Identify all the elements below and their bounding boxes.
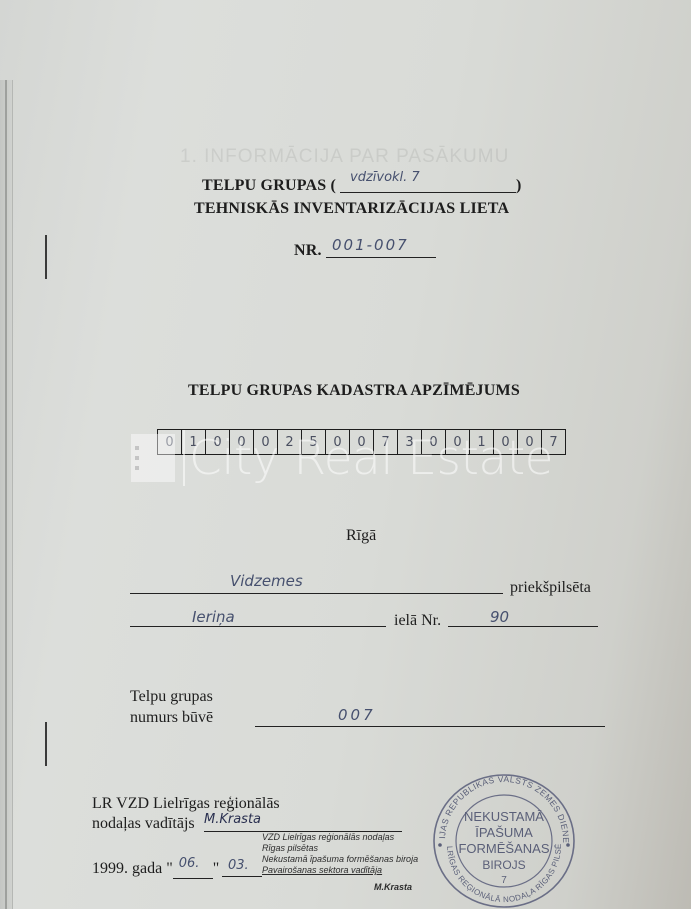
- header-line1: TELPU GRUPAS (: [202, 177, 336, 195]
- svg-text:FORMĒŠANAS: FORMĒŠANAS: [458, 841, 549, 856]
- district-label: priekšpilsēta: [510, 579, 591, 597]
- date-line: 1999. gada "06. ": [92, 860, 219, 879]
- unit-number-handwritten: 007: [338, 706, 376, 724]
- header-handwritten-type: vdzīvokl. 7: [350, 170, 420, 185]
- signatory-line1: LR VZD Lielrīgas reģionālās: [92, 795, 280, 813]
- city-label: Rīgā: [346, 527, 376, 545]
- header-line1-label: TELPU GRUPAS (: [202, 177, 336, 194]
- show-through-heading: 1. INFORMĀCIJA PAR PASĀKUMU: [180, 146, 509, 168]
- svg-text:NEKUSTAMĀ: NEKUSTAMĀ: [464, 809, 544, 824]
- unit-label-line2: numurs būvē: [130, 709, 213, 727]
- watermark: City Real Estate: [131, 433, 553, 483]
- page-edge-line: [5, 80, 7, 909]
- date-month-underline: [222, 876, 262, 877]
- header-underline: [340, 192, 516, 193]
- street-underline: [130, 626, 386, 627]
- unit-label-line1: Telpu grupas: [130, 688, 213, 706]
- header-close-paren: ): [516, 177, 522, 195]
- signatory-line2: nodaļas vadītājs: [92, 815, 195, 833]
- binder-mark-top: [45, 235, 47, 279]
- house-number-handwritten: 90: [490, 608, 509, 626]
- street-handwritten: Ieriņa: [192, 608, 235, 626]
- date-day-handwritten: 06.: [179, 856, 200, 871]
- header-line2: TEHNISKĀS INVENTARIZĀCIJAS LIETA: [194, 200, 509, 218]
- svg-text:ĪPAŠUMA: ĪPAŠUMA: [475, 825, 533, 840]
- nr-label: NR.: [294, 242, 322, 260]
- seal-icon: LATVIJAS REPUBLIKAS VALSTS ZEMES DIENEST…: [431, 773, 577, 909]
- signature-handwritten: M.Krasta: [204, 812, 261, 827]
- svg-text:7: 7: [501, 875, 507, 886]
- svg-text:BIROJS: BIROJS: [482, 858, 525, 872]
- street-label: ielā Nr.: [394, 612, 441, 630]
- house-number-underline: [448, 626, 598, 627]
- office-stamp: VZD Lielrīgas reģionālās nodaļas Rīgas p…: [262, 832, 418, 893]
- official-seal: LATVIJAS REPUBLIKAS VALSTS ZEMES DIENEST…: [431, 773, 577, 909]
- unit-number-underline: [255, 726, 605, 727]
- date-month-handwritten: 03.: [228, 858, 249, 873]
- nr-underline: [326, 257, 436, 258]
- nr-handwritten: 001-007: [332, 236, 409, 254]
- binder-mark-bottom: [45, 722, 47, 766]
- district-underline: [130, 593, 503, 594]
- cadastral-heading: TELPU GRUPAS KADASTRA APZĪMĒJUMS: [188, 382, 520, 400]
- district-handwritten: Vidzemes: [230, 572, 303, 590]
- watermark-logo-icon: [131, 434, 175, 482]
- watermark-text: City Real Estate: [189, 435, 553, 482]
